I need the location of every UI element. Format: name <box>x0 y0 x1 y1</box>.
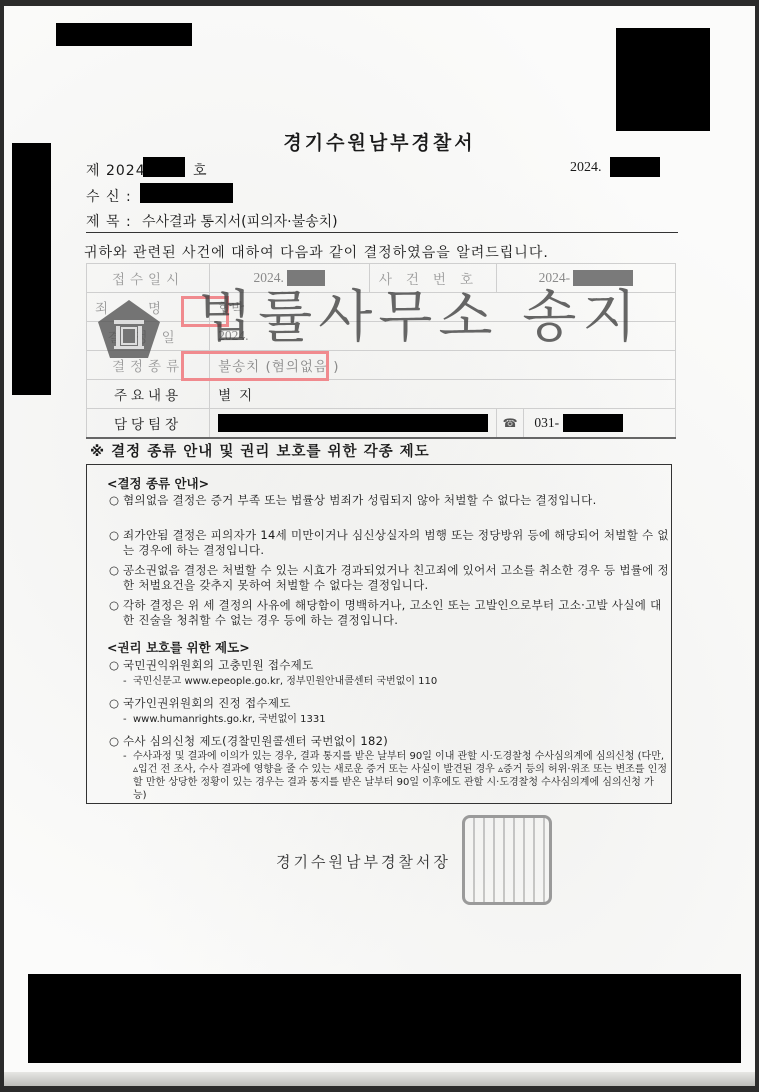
decision-item: ○죄가안됨 결정은 피의자가 14세 미만이거나 심신상실자의 범행 또는 정당… <box>109 528 671 558</box>
doc-number-suffix: 호 <box>193 160 208 180</box>
bullet-icon: ○ <box>109 658 123 673</box>
table-row: 담당팀장 ☎ 031- <box>87 409 676 439</box>
rights-item: ○국가인권위원회의 진정 접수제도 <box>109 696 671 711</box>
rights-item-title: 국가인권위원회의 진정 접수제도 <box>123 696 291 710</box>
dash-icon: - <box>123 713 133 726</box>
case-no-prefix: 2024- <box>539 270 571 285</box>
decision-item-text: 혐의없음 결정은 증거 부족 또는 법률상 범죄가 성립되지 않아 처벌할 수 … <box>123 493 597 507</box>
phone-value: 031- <box>528 415 559 430</box>
intro-text: 귀하와 관련된 사건에 대하여 다음과 같이 결정하였음을 알려드립니다. <box>84 242 549 262</box>
main-content-label: 주요내용 <box>87 380 210 409</box>
decision-item-text: 공소권없음 결정은 처벌할 수 있는 시효가 경과되었거나 친고죄에 있어서 고… <box>123 563 669 592</box>
decision-item-text: 죄가안됨 결정은 피의자가 14세 미만이거나 심신상실자의 범행 또는 정당방… <box>123 528 669 557</box>
paper-edge <box>4 1072 755 1086</box>
rights-item: ○국민권익위원회의 고충민원 접수제도 <box>109 658 671 673</box>
officer-value <box>210 409 497 439</box>
redaction-top-right <box>616 28 710 131</box>
recipient-label: 수 신 : <box>86 186 132 206</box>
redaction-phone <box>563 414 623 432</box>
phone-icon: ☎ <box>497 409 524 437</box>
chief-signature-title: 경기수원남부경찰서장 <box>276 851 451 872</box>
doc-number-label: 제 2024- <box>86 160 152 180</box>
decision-item-text: 각하 결정은 위 세 결정의 사유에 해당함이 명백하거나, 고소인 또는 고발… <box>123 598 662 627</box>
rights-item-detail: -수사과정 및 결과에 이의가 있는 경우, 결과 통지를 받은 날부터 90일… <box>123 750 667 802</box>
table-row: 주요내용 별지 <box>87 380 676 409</box>
law-firm-watermark: 법률사무소 송지 <box>198 290 642 346</box>
redaction-bottom <box>28 974 741 1063</box>
decision-item: ○혐의없음 결정은 증거 부족 또는 법률상 범죄가 성립되지 않아 처벌할 수… <box>109 493 671 508</box>
official-seal-icon <box>462 815 552 905</box>
doc-number-prefix: 제 2024- <box>86 163 152 179</box>
decision-item: ○공소권없음 결정은 처벌할 수 있는 시효가 경과되었거나 친고죄에 있어서 … <box>109 563 671 593</box>
redaction-doc-date <box>610 157 660 177</box>
subject-text: 수사결과 통지서(피의자·불송치) <box>142 211 338 231</box>
subject-label: 제 목 : <box>86 211 132 231</box>
redaction-officer <box>218 414 488 432</box>
redaction-recipient <box>140 183 233 203</box>
bullet-icon: ○ <box>109 528 123 543</box>
decision-types-title: <결정 종류 안내> <box>107 474 209 492</box>
bullet-icon: ○ <box>109 598 123 613</box>
redaction-left-margin <box>12 143 51 395</box>
rights-detail-text: 국민신문고 www.epeople.go.kr, 정부민원안내콜센터 국번없이 … <box>133 676 437 687</box>
officer-label: 담당팀장 <box>87 409 210 439</box>
bullet-icon: ○ <box>109 734 123 749</box>
rights-item: ○수사 심의신청 제도(경찰민원콜센터 국번없이 182) <box>109 734 671 749</box>
law-firm-logo-icon <box>96 298 162 360</box>
doc-date: 2024. <box>570 160 602 176</box>
redaction-top-left <box>56 23 192 46</box>
rights-item-detail: -www.humanrights.go.kr, 국번없이 1331 <box>123 713 667 726</box>
redaction-doc-number <box>143 157 185 177</box>
phone-cell: ☎ 031- <box>497 409 676 439</box>
received-date-prefix: 2024. <box>254 270 284 285</box>
bullet-icon: ○ <box>109 493 123 508</box>
rights-title: <권리 보호를 위한 제도> <box>107 638 250 656</box>
notice-box: <결정 종류 안내> ○혐의없음 결정은 증거 부족 또는 법률상 범죄가 성립… <box>86 464 672 804</box>
bullet-icon: ○ <box>109 696 123 711</box>
rights-item-title: 수사 심의신청 제도(경찰민원콜센터 국번없이 182) <box>123 734 388 748</box>
rights-item-detail: -국민신문고 www.epeople.go.kr, 정부민원안내콜센터 국번없이… <box>123 675 667 688</box>
notice-heading: ※ 결정 종류 안내 및 권리 보호를 위한 각종 제도 <box>90 440 430 461</box>
decision-type-highlight <box>181 351 329 381</box>
main-content-value: 별지 <box>210 380 676 409</box>
bullet-icon: ○ <box>109 563 123 578</box>
received-label: 접수일시 <box>87 264 210 293</box>
header-divider <box>86 232 678 233</box>
dash-icon: - <box>123 675 133 688</box>
dash-icon: - <box>123 750 133 763</box>
decision-item: ○각하 결정은 위 세 결정의 사유에 해당함이 명백하거나, 고소인 또는 고… <box>109 598 671 628</box>
table-row: 결정종류 불송치 (혐의없음 ) <box>87 351 676 380</box>
rights-detail-text: www.humanrights.go.kr, 국번없이 1331 <box>133 714 326 725</box>
rights-item-title: 국민권익위원회의 고충민원 접수제도 <box>123 658 313 672</box>
rights-detail-text: 수사과정 및 결과에 이의가 있는 경우, 결과 통지를 받은 날부터 90일 … <box>133 751 667 801</box>
agency-title: 경기수원남부경찰서 <box>0 128 759 155</box>
